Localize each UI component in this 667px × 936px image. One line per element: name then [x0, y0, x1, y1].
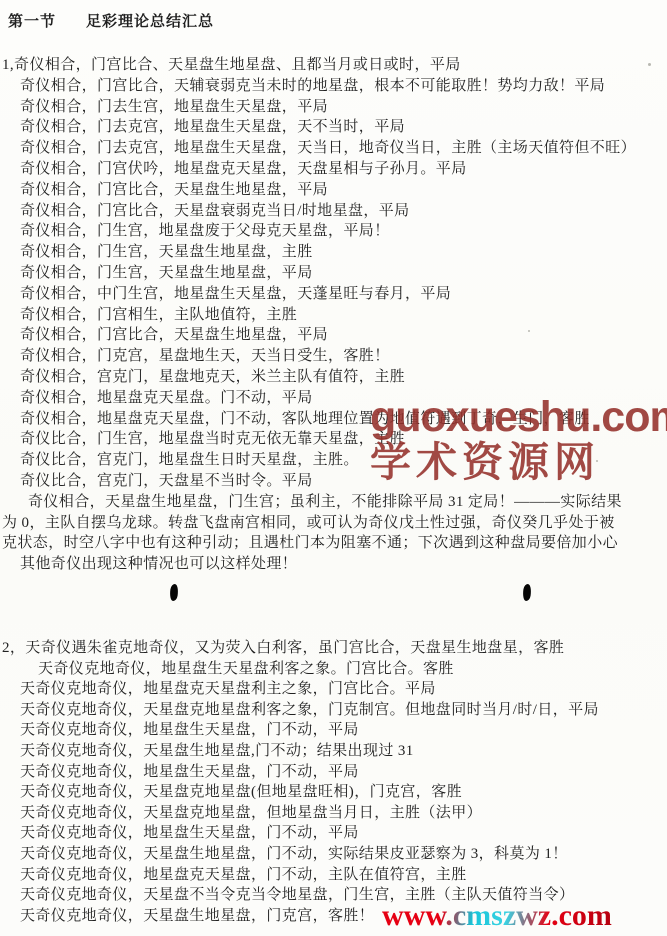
text-line: 天奇仪克地奇仪，地星盘生天星盘利客之象。门宫比合。客胜: [0, 659, 667, 680]
text-line: 天奇仪克地奇仪，天星盘生地星盘，门克宫，客胜！: [0, 906, 667, 927]
text-line: 1,奇仪相合，门宫比合、天星盘生地星盘、且都当月或日或时，平局: [0, 55, 667, 76]
scanned-document-page: 第一节 足彩理论总结汇总 1,奇仪相合，门宫比合、天星盘生地星盘、且都当月或日或…: [0, 0, 667, 936]
text-line: 奇仪相合，地星盘克天星盘，门不动，客队地理位置为地值符遇到丁奇，生门，客胜: [0, 409, 667, 430]
text-line: 克状态，时空八字中也有这种引动；且遇杜门本为阻塞不通；下次遇到这种盘局要倍加小心: [0, 533, 667, 554]
text-line: 奇仪相合，门宫比合，天星盘衰弱克当日/时地星盘，平局: [0, 201, 667, 222]
text-line: 奇仪相合，门宫伏吟，地星盘克天星盘，天盘星相与子孙月。平局: [0, 159, 667, 180]
text-line: 2，天奇仪遇朱雀克地奇仪，又为荧入白利客，虽门宫比合，天盘星生地盘星，客胜: [0, 638, 667, 659]
ink-mark-right: [522, 584, 532, 602]
text-line: 奇仪相合，门去生宫，地星盘生天星盘，平局: [0, 97, 667, 118]
page-header: 第一节 足彩理论总结汇总: [8, 10, 214, 31]
text-line: 奇仪比合，门生宫，地星盘当时克无依无靠天星盘，主胜: [0, 429, 667, 450]
text-line: 奇仪相合，中门生宫，地星盘生天星盘，天蓬星旺与春月，平局: [0, 284, 667, 305]
text-line: 奇仪相合，门生宫，地星盘废于父母克天星盘，平局！: [0, 221, 667, 242]
text-line: 奇仪相合，门宫比合，天星盘生地星盘，平局: [0, 180, 667, 201]
text-line: 奇仪相合，门生宫，天星盘生地星盘，主胜: [0, 242, 667, 263]
text-line: 其他奇仪出现这种情况也可以这样处理！: [0, 554, 667, 575]
text-line: 奇仪比合，宫克门，天盘星不当时令。平局: [0, 471, 667, 492]
text-line: 天奇仪克地奇仪，地星盘生天星盘，门不动，平局: [0, 720, 667, 741]
text-line: 天奇仪克地奇仪，地星盘克天星盘利主之象，门宫比合。平局: [0, 679, 667, 700]
text-line: 天奇仪克地奇仪，天星盘克地星盘，但地星盘当月日，主胜（法甲）: [0, 803, 667, 824]
text-line: 天奇仪克地奇仪，天星盘不当令克当令地星盘，门生宫，主胜（主队天值符当令）: [0, 885, 667, 906]
text-line: 奇仪相合，门生宫，天星盘生地星盘，平局: [0, 263, 667, 284]
text-line: 天奇仪克地奇仪，天星盘生地星盘,门不动；结果出现过 31: [0, 741, 667, 762]
text-line: 奇仪比合，宫克门，地星盘生日时天星盘，主胜。: [0, 450, 667, 471]
section-1-rules-list: 1,奇仪相合，门宫比合、天星盘生地星盘、且都当月或日或时，平局奇仪相合，门宫比合…: [0, 55, 667, 575]
text-line: 奇仪相合，门宫相生，主队地值符，主胜: [0, 305, 667, 326]
text-line: 天奇仪克地奇仪，天星盘生地星盘，门不动，实际结果皮亚瑟察为 3，科莫为 1！: [0, 844, 667, 865]
text-line: 天奇仪克地奇仪，地星盘克天星盘，门不动，主队在值符宫，主胜: [0, 865, 667, 886]
text-line: 奇仪相合，天星盘生地星盘，门生宫；虽利主，不能排除平局 31 定局！———实际结…: [0, 492, 667, 513]
text-line: 奇仪相合，宫克门，星盘地克天，米兰主队有值符，主胜: [0, 367, 667, 388]
text-line: 奇仪相合，门宫比合，天辅衰弱克当未时的地星盘，根本不可能取胜！势均力敌！平局: [0, 76, 667, 97]
text-line: 奇仪相合，门去克宫，地星盘生天星盘，天不当时，平局: [0, 117, 667, 138]
text-line: 奇仪相合，门去克宫，地星盘生天星盘，天当日，地奇仪当日，主胜（主场天值符但不旺）: [0, 138, 667, 159]
text-line: 天奇仪克地奇仪，天星盘克地星盘利客之象，门克制宫。但地盘同时当月/时/日，平局: [0, 700, 667, 721]
text-line: 奇仪相合，地星盘克天星盘。门不动，平局: [0, 388, 667, 409]
page-title: 足彩理论总结汇总: [86, 10, 214, 31]
text-line: 为 0，主队自摆乌龙球。转盘飞盘南宫相同，或可认为奇仪戊土性过强，奇仪癸几乎处于…: [0, 513, 667, 534]
text-line: 天奇仪克地奇仪，地星盘生天星盘，门不动，平局: [0, 762, 667, 783]
section-label: 第一节: [8, 10, 56, 31]
text-line: 天奇仪克地奇仪，地星盘生天星盘，门不动，平局: [0, 823, 667, 844]
scan-speck: [648, 63, 651, 66]
text-line: 天奇仪克地奇仪，天星盘克地星盘(但地星盘旺相)，门克宫，客胜: [0, 782, 667, 803]
ink-mark-left: [169, 584, 179, 602]
scan-speck: [596, 460, 598, 462]
text-line: 奇仪相合，门宫比合，天星盘生地星盘，平局: [0, 325, 667, 346]
text-line: 奇仪相合，门克宫，星盘地生天，天当日受生，客胜！: [0, 346, 667, 367]
scan-speck: [528, 330, 530, 332]
section-2-rules-list: 2，天奇仪遇朱雀克地奇仪，又为荧入白利客，虽门宫比合，天盘星生地盘星，客胜天奇仪…: [0, 638, 667, 926]
